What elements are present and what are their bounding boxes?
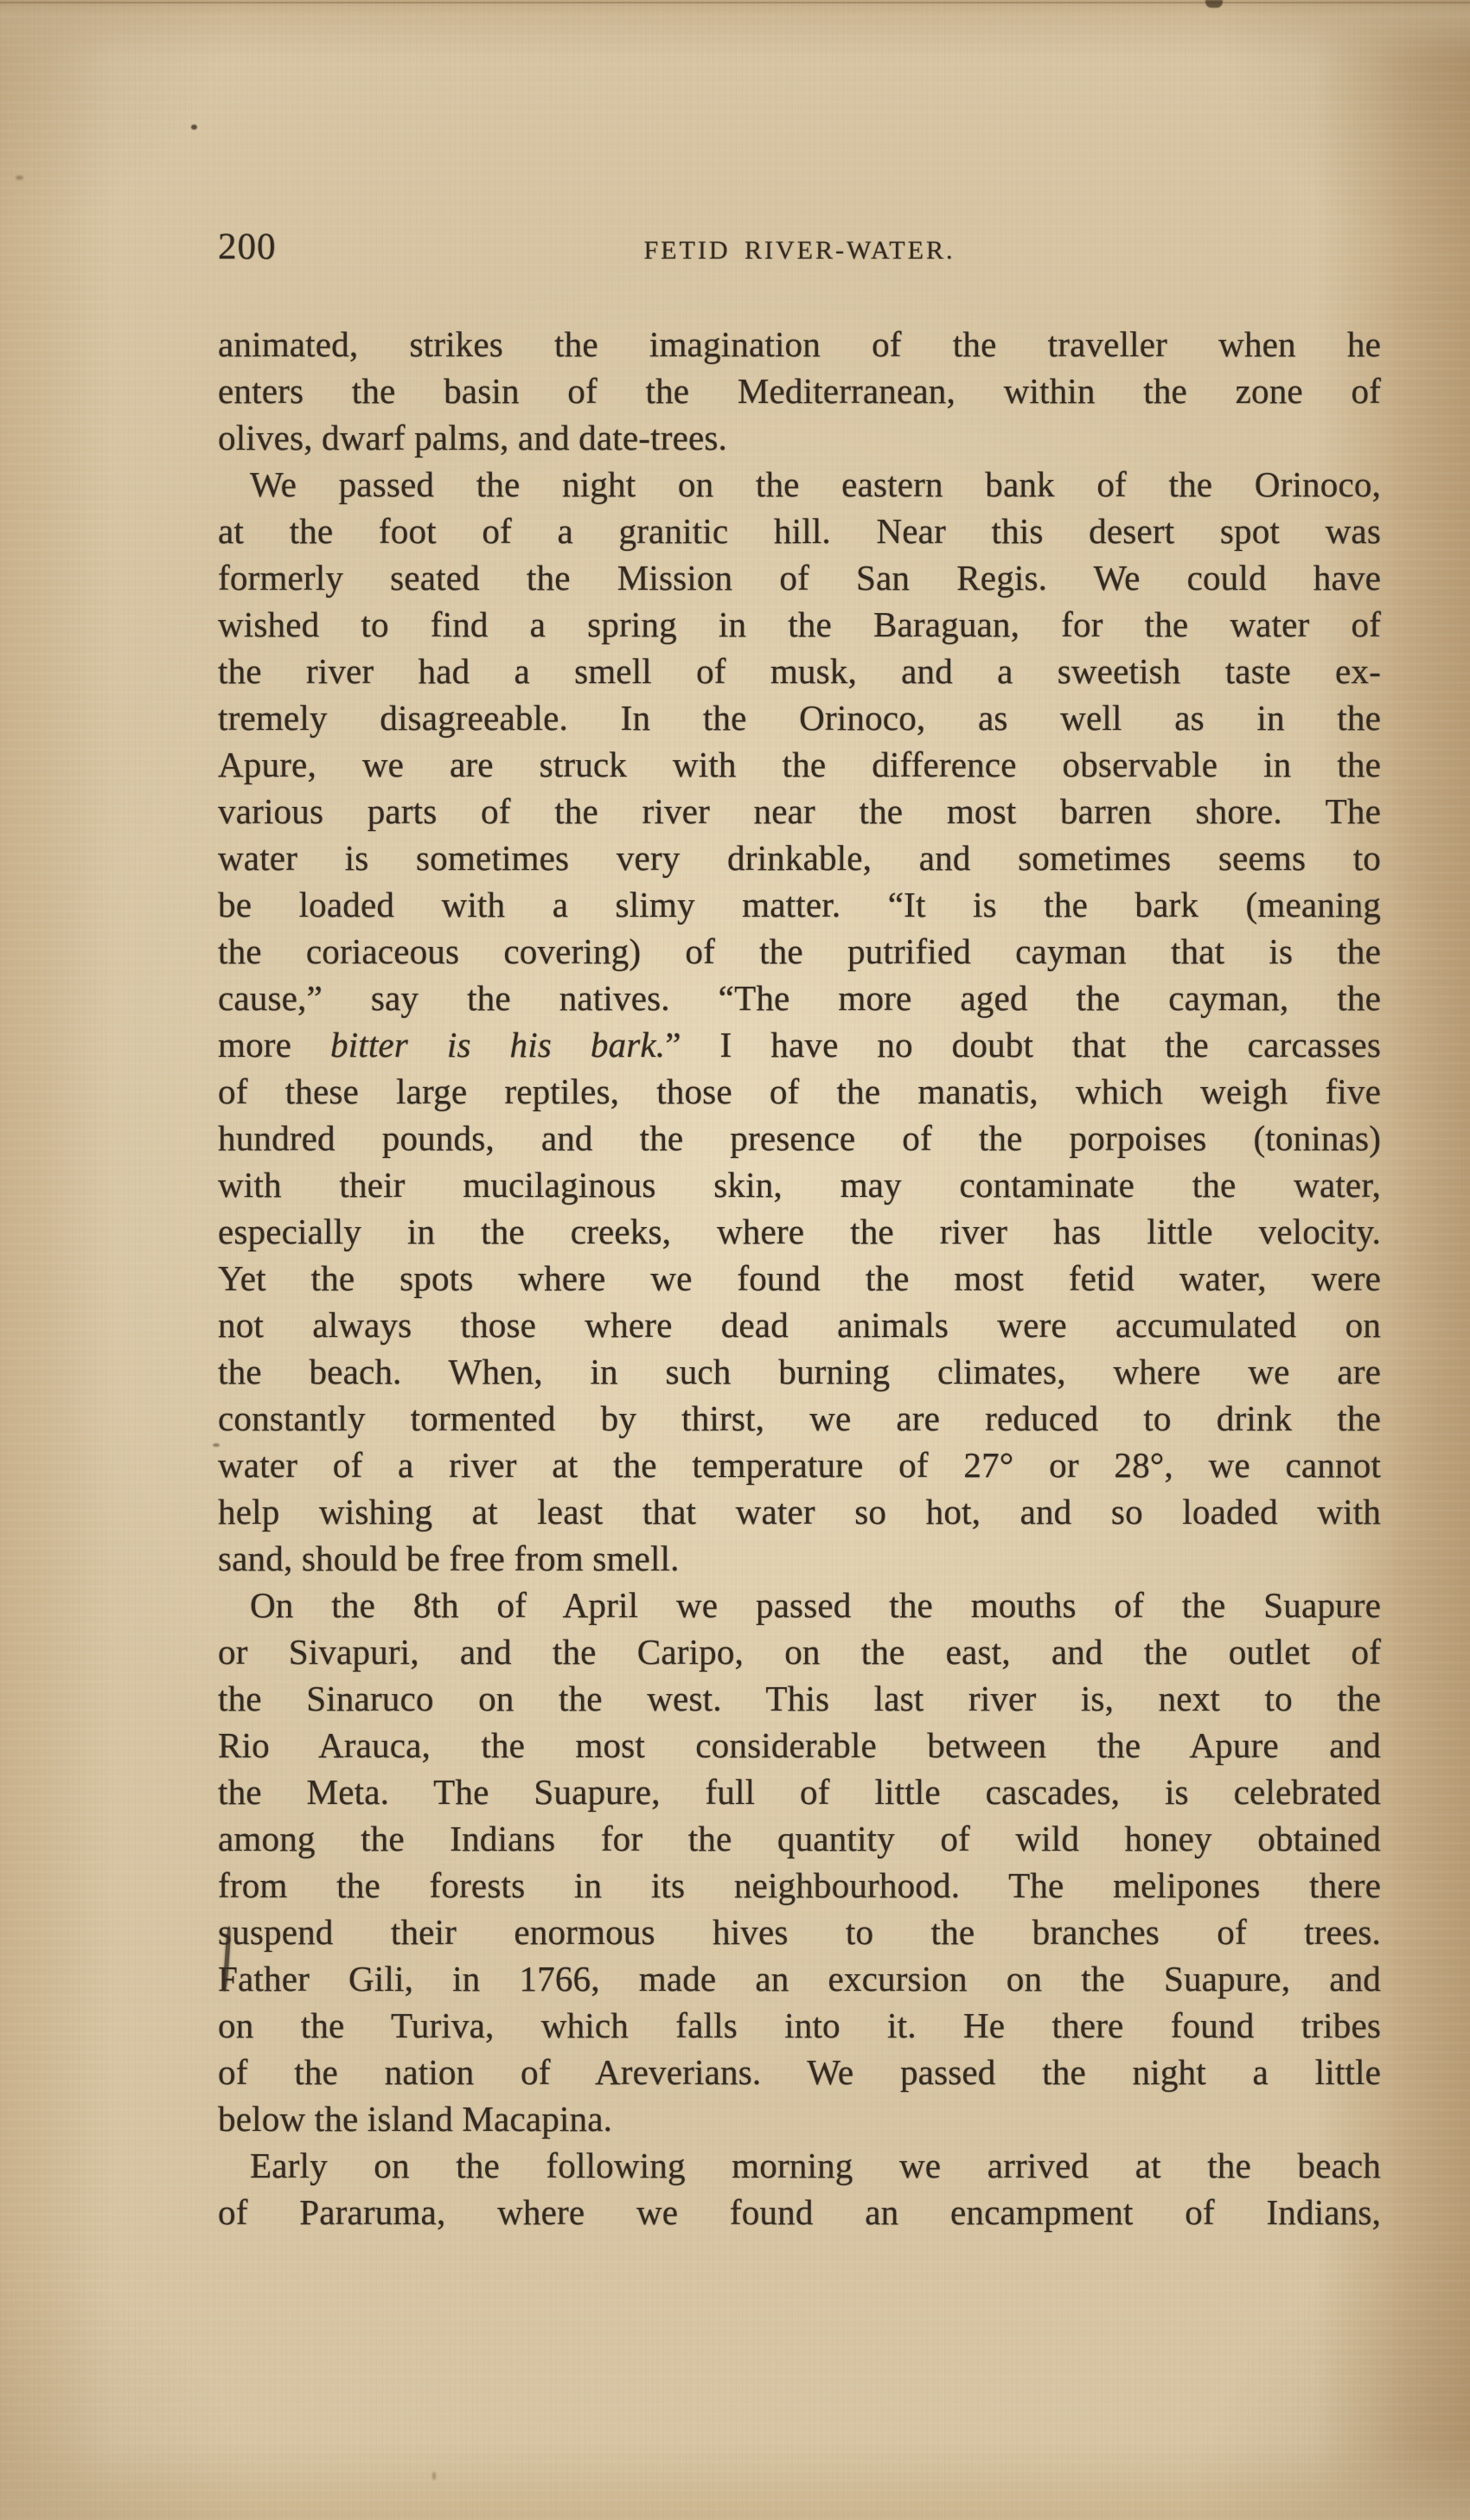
text-segment: olives, dwarf palms, and date-trees. bbox=[218, 418, 727, 457]
text-segment: be loaded with a slimy matter. “It is th… bbox=[218, 885, 1381, 924]
text-segment: below the island Macapina. bbox=[218, 2099, 612, 2139]
text-line: formerly seated the Mission of San Regis… bbox=[218, 554, 1381, 601]
paper-speck bbox=[191, 125, 197, 130]
text-line: be loaded with a slimy matter. “It is th… bbox=[218, 881, 1381, 928]
text-line: We passed the night on the eastern bank … bbox=[218, 461, 1381, 508]
text-segment: constantly tormented by thirst, we are r… bbox=[218, 1398, 1381, 1438]
text-segment: ” I have no doubt that the carcasses bbox=[665, 1025, 1381, 1065]
text-line: below the island Macapina. bbox=[218, 2095, 1381, 2142]
text-segment: from the forests in its neighbourhood. T… bbox=[218, 1865, 1381, 1905]
text-segment: animated, strikes the imagination of the… bbox=[218, 324, 1381, 364]
text-segment: the beach. When, in such burning climate… bbox=[218, 1352, 1381, 1391]
text-line: animated, strikes the imagination of the… bbox=[218, 321, 1381, 368]
text-segment: enters the basin of the Mediterranean, w… bbox=[218, 371, 1381, 411]
text-line: On the 8th of April we passed the mouths… bbox=[218, 1582, 1381, 1628]
text-line: with their mucilaginous skin, may contam… bbox=[218, 1161, 1381, 1208]
text-line: Rio Arauca, the most considerable betwee… bbox=[218, 1722, 1381, 1768]
text-line: cause,” say the natives. “The more aged … bbox=[218, 975, 1381, 1021]
text-segment: more bbox=[218, 1025, 330, 1065]
scan-top-edge bbox=[0, 2, 1470, 3]
running-header: FETID RIVER-WATER. bbox=[218, 238, 1381, 264]
text-segment: sand, should be free from smell. bbox=[218, 1538, 680, 1578]
text-segment: the river had a smell of musk, and a swe… bbox=[218, 651, 1381, 691]
text-line: of these large reptiles, those of the ma… bbox=[218, 1068, 1381, 1115]
text-segment: tremely disagreeable. In the Orinoco, as… bbox=[218, 698, 1381, 738]
text-segment: the Meta. The Suapure, full of little ca… bbox=[218, 1772, 1381, 1812]
text-line: among the Indians for the quantity of wi… bbox=[218, 1815, 1381, 1862]
text-line: sand, should be free from smell. bbox=[218, 1535, 1381, 1582]
text-segment: formerly seated the Mission of San Regis… bbox=[218, 558, 1381, 598]
text-line: enters the basin of the Mediterranean, w… bbox=[218, 368, 1381, 414]
text-segment: suspend their enormous hives to the bran… bbox=[218, 1912, 1381, 1952]
text-line: of the nation of Areverians. We passed t… bbox=[218, 2049, 1381, 2095]
text-segment: of these large reptiles, those of the ma… bbox=[218, 1071, 1381, 1111]
text-line: water of a river at the temperature of 2… bbox=[218, 1442, 1381, 1488]
scan-top-notch bbox=[1205, 0, 1223, 8]
text-segment: among the Indians for the quantity of wi… bbox=[218, 1819, 1381, 1858]
scanned-book-page: 200 FETID RIVER-WATER. animated, strikes… bbox=[0, 0, 1470, 2520]
text-line: the coriaceous covering) of the putrifie… bbox=[218, 928, 1381, 975]
text-segment: water is sometimes very drinkable, and s… bbox=[218, 838, 1381, 878]
body-text: animated, strikes the imagination of the… bbox=[218, 321, 1381, 2235]
text-line: at the foot of a granitic hill. Near thi… bbox=[218, 508, 1381, 554]
text-segment: hundred pounds, and the presence of the … bbox=[218, 1118, 1381, 1158]
text-line: Yet the spots where we found the most fe… bbox=[218, 1255, 1381, 1302]
text-segment: the coriaceous covering) of the putrifie… bbox=[218, 931, 1381, 971]
text-line: help wishing at least that water so hot,… bbox=[218, 1488, 1381, 1535]
text-line: the river had a smell of musk, and a swe… bbox=[218, 648, 1381, 694]
text-segment: Rio Arauca, the most considerable betwee… bbox=[218, 1725, 1381, 1765]
text-segment: of the nation of Areverians. We passed t… bbox=[218, 2052, 1381, 2092]
text-segment: various parts of the river near the most… bbox=[218, 791, 1381, 831]
text-segment: with their mucilaginous skin, may contam… bbox=[218, 1165, 1381, 1205]
text-segment: On the 8th of April we passed the mouths… bbox=[250, 1585, 1381, 1625]
text-line: or Sivapuri, and the Caripo, on the east… bbox=[218, 1628, 1381, 1675]
text-segment: at the foot of a granitic hill. Near thi… bbox=[218, 511, 1381, 551]
text-line: not always those where dead animals were… bbox=[218, 1302, 1381, 1348]
text-segment: We passed the night on the eastern bank … bbox=[250, 464, 1381, 504]
text-segment: help wishing at least that water so hot,… bbox=[218, 1492, 1381, 1532]
text-line: hundred pounds, and the presence of the … bbox=[218, 1115, 1381, 1161]
paper-speck bbox=[432, 2472, 436, 2480]
text-line: on the Turiva, which falls into it. He t… bbox=[218, 2002, 1381, 2049]
text-line: especially in the creeks, where the rive… bbox=[218, 1208, 1381, 1255]
text-line: the Sinaruco on the west. This last rive… bbox=[218, 1675, 1381, 1722]
text-line: more bitter is his bark.” I have no doub… bbox=[218, 1021, 1381, 1068]
text-line: wished to find a spring in the Baraguan,… bbox=[218, 601, 1381, 648]
text-line: olives, dwarf palms, and date-trees. bbox=[218, 414, 1381, 461]
text-line: various parts of the river near the most… bbox=[218, 788, 1381, 835]
paper-speck bbox=[213, 1443, 220, 1447]
text-line: Father Gili, in 1766, made an excursion … bbox=[218, 1955, 1381, 2002]
text-segment: not always those where dead animals were… bbox=[218, 1305, 1381, 1345]
text-line: suspend their enormous hives to the bran… bbox=[218, 1909, 1381, 1955]
text-segment: cause,” say the natives. “The more aged … bbox=[218, 978, 1381, 1018]
text-segment: Yet the spots where we found the most fe… bbox=[218, 1258, 1381, 1298]
text-line: tremely disagreeable. In the Orinoco, as… bbox=[218, 694, 1381, 741]
text-line: the beach. When, in such burning climate… bbox=[218, 1348, 1381, 1395]
text-segment: or Sivapuri, and the Caripo, on the east… bbox=[218, 1632, 1381, 1672]
text-segment: water of a river at the temperature of 2… bbox=[218, 1445, 1381, 1485]
text-segment: especially in the creeks, where the rive… bbox=[218, 1212, 1381, 1251]
text-segment: Early on the following morning we arrive… bbox=[250, 2146, 1381, 2185]
text-segment: wished to find a spring in the Baraguan,… bbox=[218, 604, 1381, 644]
text-segment: on the Turiva, which falls into it. He t… bbox=[218, 2005, 1381, 2045]
text-line: from the forests in its neighbourhood. T… bbox=[218, 1862, 1381, 1909]
text-line: Apure, we are struck with the difference… bbox=[218, 741, 1381, 788]
text-segment: Apure, we are struck with the difference… bbox=[218, 745, 1381, 784]
text-segment: the Sinaruco on the west. This last rive… bbox=[218, 1679, 1381, 1718]
text-line: constantly tormented by thirst, we are r… bbox=[218, 1395, 1381, 1442]
text-line: Early on the following morning we arrive… bbox=[218, 2142, 1381, 2189]
paper-speck bbox=[16, 176, 23, 180]
text-segment: Father Gili, in 1766, made an excursion … bbox=[218, 1959, 1381, 1999]
italic-text: bitter is his bark. bbox=[330, 1025, 665, 1065]
text-segment: of Pararuma, where we found an encampmen… bbox=[218, 2192, 1381, 2232]
text-line: the Meta. The Suapure, full of little ca… bbox=[218, 1768, 1381, 1815]
text-line: water is sometimes very drinkable, and s… bbox=[218, 835, 1381, 881]
text-line: of Pararuma, where we found an encampmen… bbox=[218, 2189, 1381, 2235]
